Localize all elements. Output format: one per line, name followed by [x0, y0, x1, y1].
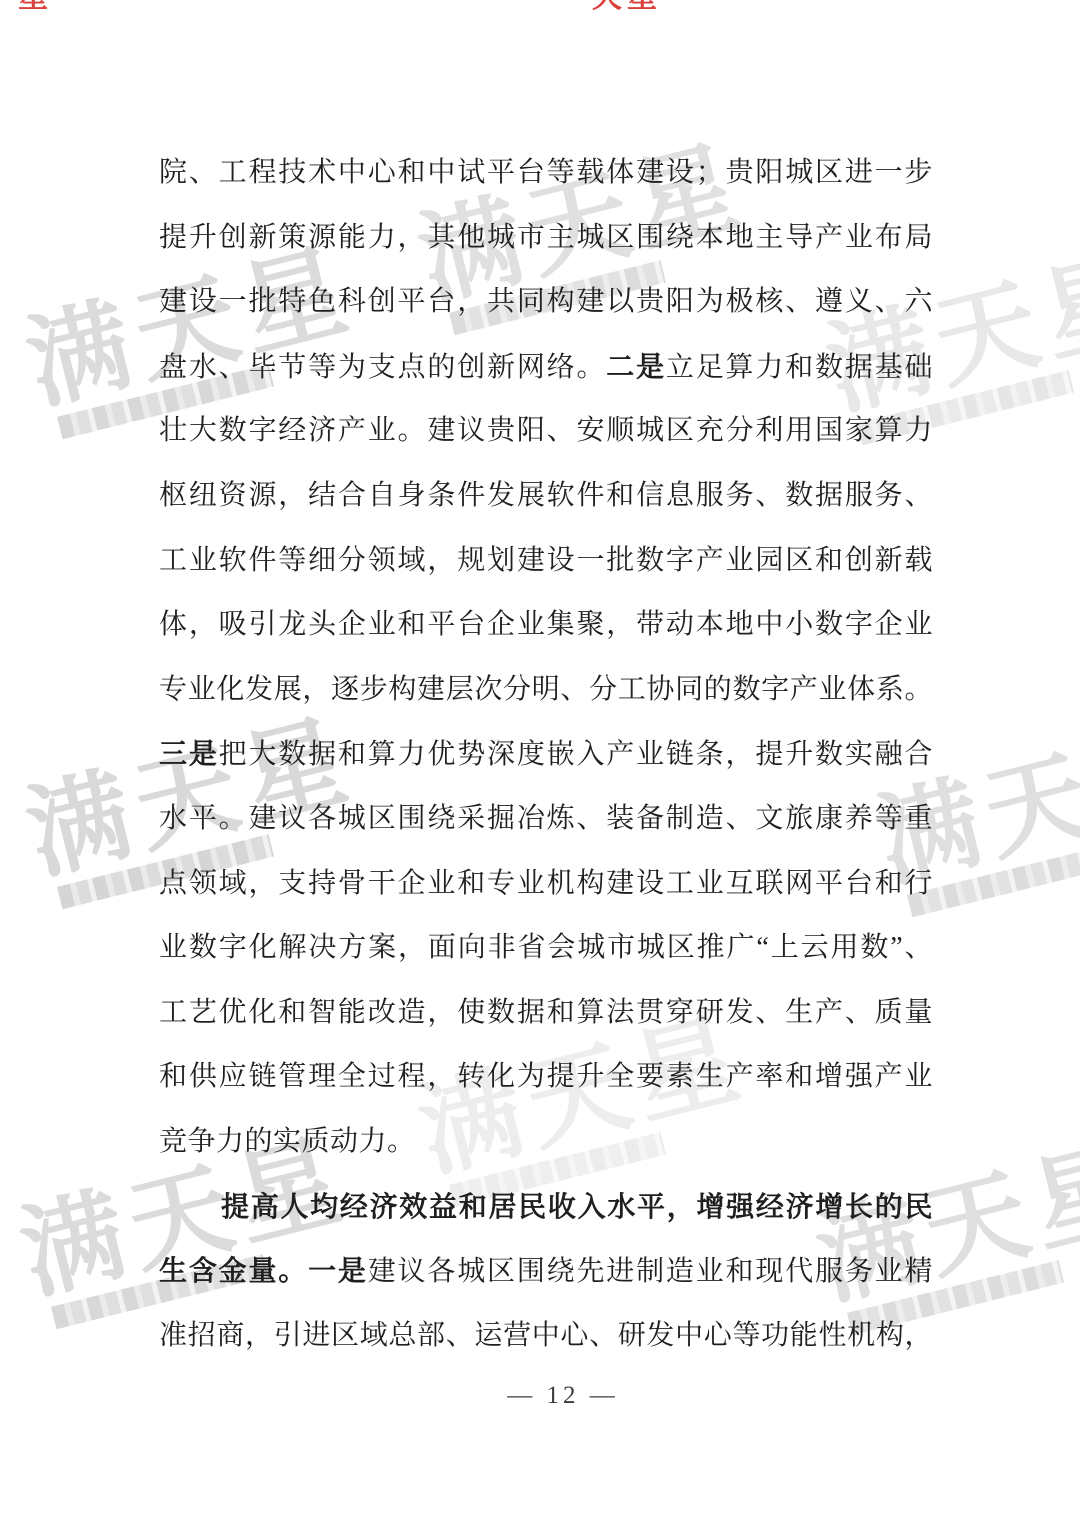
text-segment: 枢纽资源，结合自身条件发展软件和信息服务、数据服务、 — [159, 480, 933, 511]
text-segment: 把大数据和算力优势深度嵌入产业链条，提升数实融合 — [219, 739, 933, 770]
text-segment: 建设一批特色科创平台，共同构建以贵阳为极核、遵义、六 — [159, 286, 933, 317]
document-page: 满天星满天星满天星满天星满天星满天星满天星满天星 星天星 院、工程技术中心和中试… — [0, 0, 1080, 1527]
text-line: 体，吸引龙头企业和平台企业集聚，带动本地中小数字企业 — [159, 593, 933, 658]
text-line: 和供应链管理全过程，转化为提升全要素生产率和增强产业 — [159, 1045, 933, 1110]
text-line: 点领域，支持骨干企业和专业机构建设工业互联网平台和行 — [159, 852, 933, 917]
text-line: 建设一批特色科创平台，共同构建以贵阳为极核、遵义、六 — [159, 270, 933, 335]
bold-text-segment: 提高人均经济效益和居民收入水平，增强经济增长的民 — [221, 1191, 933, 1222]
text-segment: 水平。建议各城区围绕采掘冶炼、装备制造、文旅康养等重 — [159, 803, 933, 834]
text-segment: 竞争力的实质动力。 — [159, 1126, 416, 1157]
bold-text-segment: 生含金量。一是 — [159, 1255, 368, 1286]
bold-text-segment: 二是 — [606, 351, 666, 382]
text-segment: 和供应链管理全过程，转化为提升全要素生产率和增强产业 — [159, 1061, 933, 1092]
page-number: — 12 — — [507, 1382, 619, 1410]
text-segment: 体，吸引龙头企业和平台企业集聚，带动本地中小数字企业 — [159, 609, 933, 640]
text-line: 水平。建议各城区围绕采掘冶炼、装备制造、文旅康养等重 — [159, 787, 933, 852]
text-segment: 提升创新策源能力，其他城市主城区围绕本地主导产业布局 — [159, 222, 933, 253]
text-segment: 立足算力和数据基础 — [666, 352, 933, 383]
text-line: 工业软件等细分领域，规划建设一批数字产业园区和创新载 — [159, 529, 933, 594]
body-text: 院、工程技术中心和中试平台等载体建设；贵阳城区进一步提升创新策源能力，其他城市主… — [159, 141, 933, 1368]
text-segment: 工艺优化和智能改造，使数据和算法贯穿研发、生产、质量 — [159, 997, 933, 1028]
red-watermark-fragment: 天星 — [592, 0, 662, 13]
text-segment: 准招商，引进区域总部、运营中心、研发中心等功能性机构， — [159, 1320, 933, 1351]
text-line: 提升创新策源能力，其他城市主城区围绕本地主导产业布局 — [159, 206, 933, 271]
text-segment: 壮大数字经济产业。建议贵阳、安顺城区充分利用国家算力 — [159, 415, 933, 446]
red-watermark-fragment: 星 — [18, 0, 53, 13]
text-segment: 专业化发展，逐步构建层次分明、分工协同的数字产业体系。 — [159, 674, 933, 705]
text-line: 枢纽资源，结合自身条件发展软件和信息服务、数据服务、 — [159, 464, 933, 529]
text-line: 三是把大数据和算力优势深度嵌入产业链条，提升数实融合 — [159, 722, 933, 787]
text-line: 工艺优化和智能改造，使数据和算法贯穿研发、生产、质量 — [159, 981, 933, 1046]
text-line: 生含金量。一是建议各城区围绕先进制造业和现代服务业精 — [159, 1239, 933, 1304]
text-line: 壮大数字经济产业。建议贵阳、安顺城区充分利用国家算力 — [159, 399, 933, 464]
text-segment: 盘水、毕节等为支点的创新网络。 — [159, 352, 606, 383]
text-line: 竞争力的实质动力。 — [159, 1110, 933, 1175]
bold-text-segment: 三是 — [159, 738, 219, 769]
text-line: 业数字化解决方案，面向非省会城市城区推广“上云用数”、 — [159, 916, 933, 981]
text-line: 提高人均经济效益和居民收入水平，增强经济增长的民 — [159, 1175, 933, 1240]
text-line: 专业化发展，逐步构建层次分明、分工协同的数字产业体系。 — [159, 658, 933, 723]
text-line: 盘水、毕节等为支点的创新网络。二是立足算力和数据基础 — [159, 335, 933, 400]
text-line: 准招商，引进区域总部、运营中心、研发中心等功能性机构， — [159, 1304, 933, 1369]
text-segment: 建议各城区围绕先进制造业和现代服务业精 — [368, 1256, 933, 1287]
text-segment: 院、工程技术中心和中试平台等载体建设；贵阳城区进一步 — [159, 157, 933, 188]
text-segment: 业数字化解决方案，面向非省会城市城区推广“上云用数”、 — [159, 932, 933, 963]
text-segment: 工业软件等细分领域，规划建设一批数字产业园区和创新载 — [159, 545, 933, 576]
text-segment: 点领域，支持骨干企业和专业机构建设工业互联网平台和行 — [159, 868, 933, 899]
text-line: 院、工程技术中心和中试平台等载体建设；贵阳城区进一步 — [159, 141, 933, 206]
